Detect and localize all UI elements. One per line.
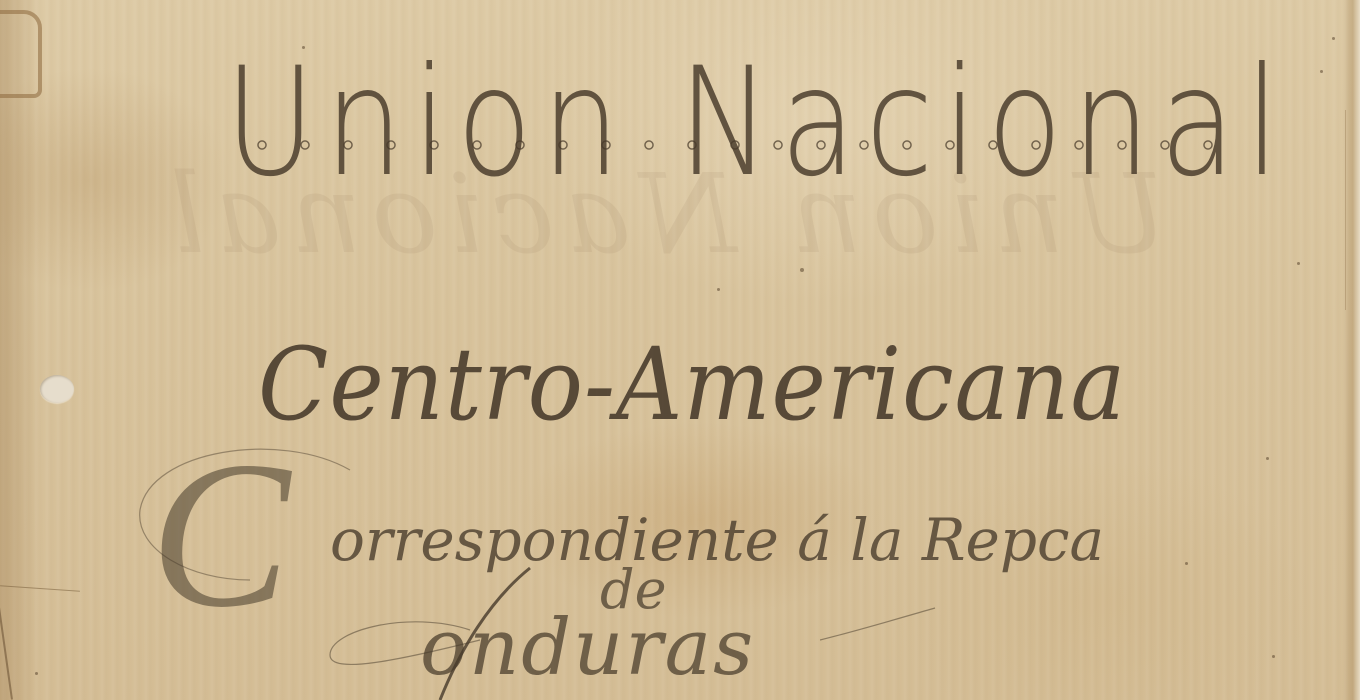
left-edge-stain (0, 10, 42, 98)
document-subtitle: Centro-Americana (258, 325, 1126, 445)
country-name: onduras (420, 600, 755, 696)
correspondence-initial: C (150, 430, 290, 640)
right-edge-line (1345, 110, 1346, 310)
correspondence-line: orrespondiente á la Repca (330, 505, 1104, 575)
punch-hole (40, 375, 74, 403)
manuscript-page: Union Nacional Union Nacional Centro-Ame… (0, 0, 1360, 700)
title-ornament-dots (255, 138, 1215, 152)
left-page-edge (0, 0, 40, 700)
flourish-tail (820, 600, 940, 660)
document-title: Union Nacional (225, 38, 1289, 208)
right-page-edge (1342, 0, 1360, 700)
